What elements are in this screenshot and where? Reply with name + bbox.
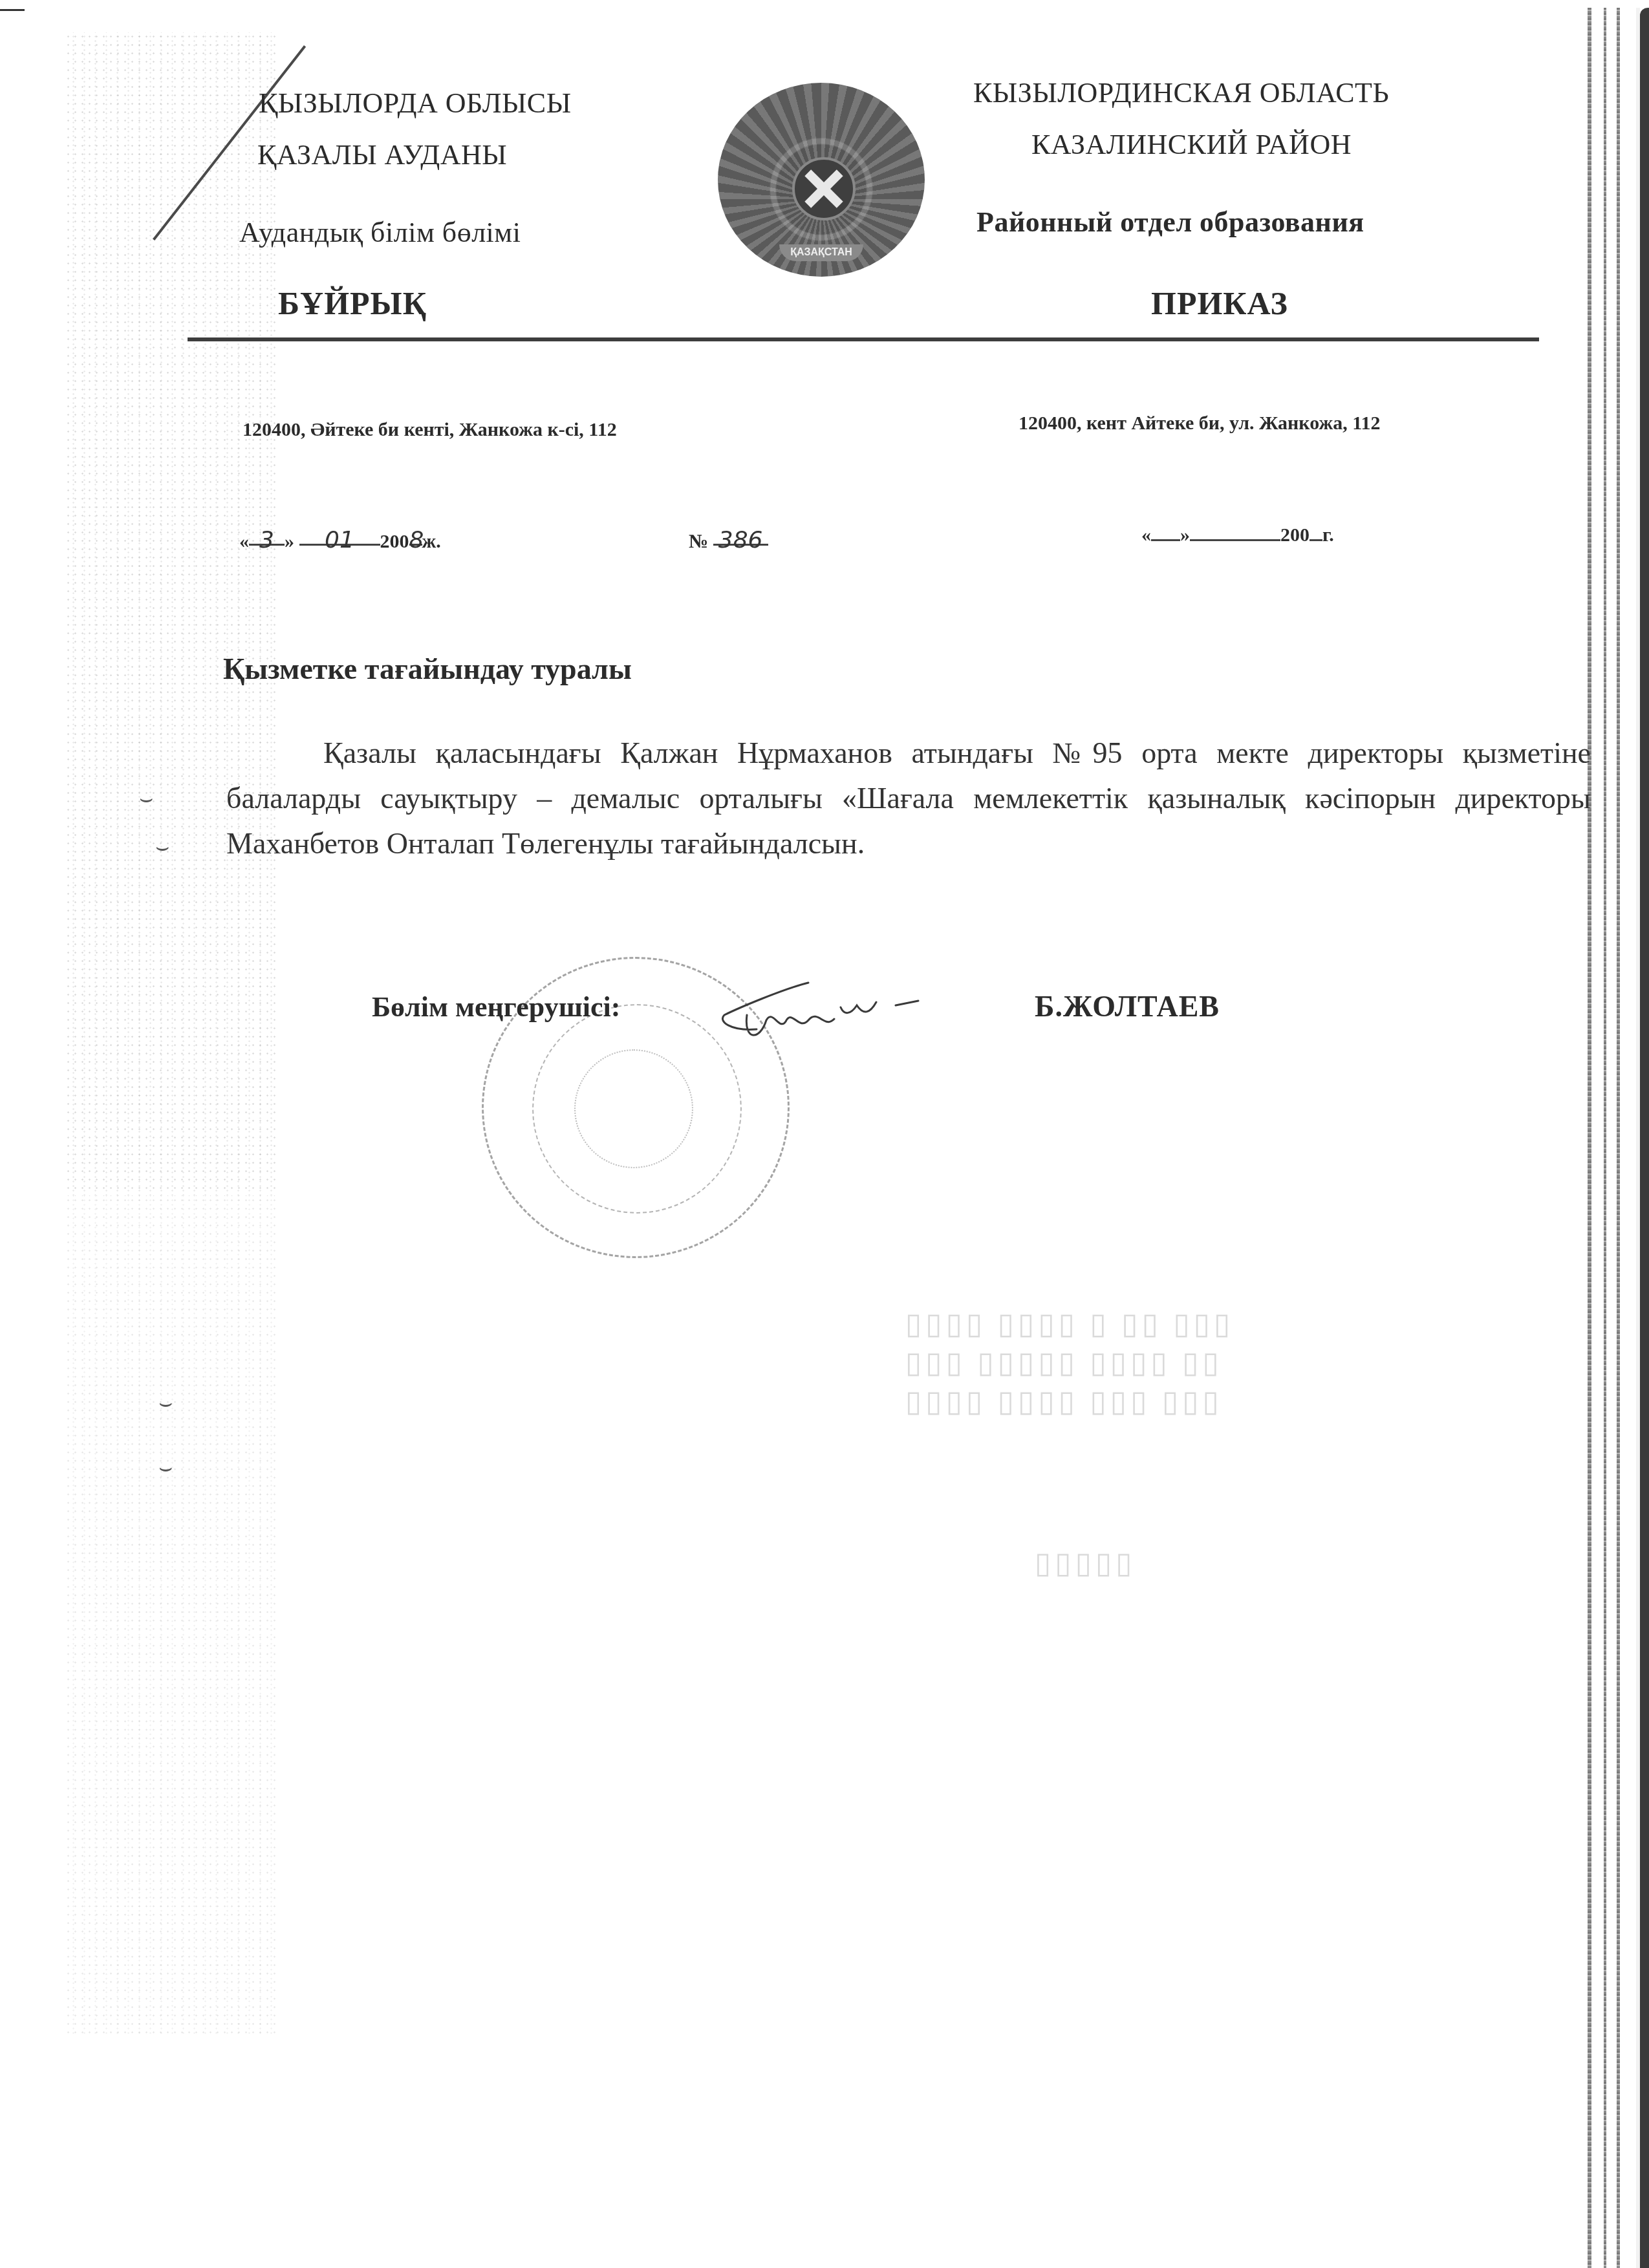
order-number-field: № 386 (689, 527, 768, 553)
header-right-department: Районный отдел образования (976, 208, 1364, 237)
scan-noise-left-margin-lower (65, 1196, 278, 2037)
header-left-department: Аудандық білім бөлімі (239, 219, 521, 247)
quote-close: » (1180, 524, 1190, 546)
scan-streak (1588, 8, 1591, 2268)
order-number-handwritten: 386 (718, 527, 763, 553)
date-field-kazakh: «3» 012008ж. (239, 527, 441, 553)
year-prefix: 200 (1280, 524, 1309, 546)
quote-open: « (239, 531, 249, 552)
doc-type-kazakh: БҰЙРЫҚ (278, 284, 427, 322)
order-body: Қазалы қаласындағы Қалжан Нұрмаханов аты… (226, 731, 1591, 866)
scan-streak (1604, 8, 1606, 2268)
order-subject: Қызметке тағайындау туралы (223, 652, 632, 686)
margin-mark: ⌣ (139, 786, 153, 811)
year-digit-field: 8 (409, 527, 422, 546)
month-blank (1190, 522, 1280, 541)
margin-mark: ⌣ (158, 1455, 173, 1481)
handwritten-signature-icon (711, 970, 957, 1054)
signatory-name: Б.ЖОЛТАЕВ (1035, 989, 1220, 1023)
header-right-district: КАЗАЛИНСКИЙ РАЙОН (1031, 131, 1352, 159)
header-divider (188, 337, 1539, 341)
signature-title: Бөлім меңгерушісі: (372, 990, 620, 1023)
month-field: 01 (299, 527, 380, 546)
header-left-district: ҚАЗАЛЫ АУДАНЫ (257, 141, 507, 169)
number-sign: № (689, 531, 708, 552)
emblem-ribbon: ҚАЗАҚСТАН (779, 244, 863, 261)
year-suffix: г. (1322, 524, 1334, 546)
year-digit-blank (1309, 522, 1322, 541)
header-left-region: ҚЫЗЫЛОРДА ОБЛЫСЫ (259, 89, 572, 118)
day-blank (1151, 522, 1180, 541)
header-right-region: КЫЗЫЛОРДИНСКАЯ ОБЛАСТЬ (973, 79, 1389, 107)
address-russian: 120400, кент Айтеке би, ул. Жанкожа, 112 (1018, 412, 1381, 434)
year-suffix: ж. (422, 531, 441, 552)
state-emblem-icon: ҚАЗАҚСТАН (718, 83, 925, 277)
margin-mark: ⌣ (158, 1390, 173, 1416)
bleed-through-text: ▯▯▯▯ ▯▯▯▯ ▯ ▯▯ ▯▯▯ (905, 1306, 1234, 1341)
doc-type-russian: ПРИКАЗ (1151, 284, 1288, 322)
month-handwritten: 01 (325, 527, 354, 553)
number-blank: 386 (713, 527, 768, 546)
margin-mark: ⌣ (155, 834, 169, 860)
year-prefix: 200 (380, 531, 409, 552)
scanner-border (1640, 8, 1649, 2268)
day-handwritten: 3 (259, 527, 274, 553)
shanyrak-icon (792, 157, 856, 220)
day-field: 3 (249, 527, 285, 546)
scan-streak (1617, 8, 1620, 2268)
bleed-through-text: ▯▯▯ ▯▯▯▯▯ ▯▯▯▯ ▯▯ (905, 1345, 1223, 1380)
address-kazakh: 120400, Әйтеке би кенті, Жанкожа к-сі, 1… (242, 419, 617, 441)
quote-close: » (285, 531, 294, 552)
scan-artifact-line (0, 9, 25, 11)
bleed-through-text: ▯▯▯▯ ▯▯▯▯ ▯▯▯ ▯▯▯ (905, 1384, 1223, 1418)
date-field-russian: «»200г. (1141, 522, 1334, 546)
bleed-through-text: ▯▯▯▯▯ (1035, 1545, 1136, 1580)
scan-noise-left-margin (65, 32, 278, 1196)
quote-open: « (1141, 524, 1151, 546)
